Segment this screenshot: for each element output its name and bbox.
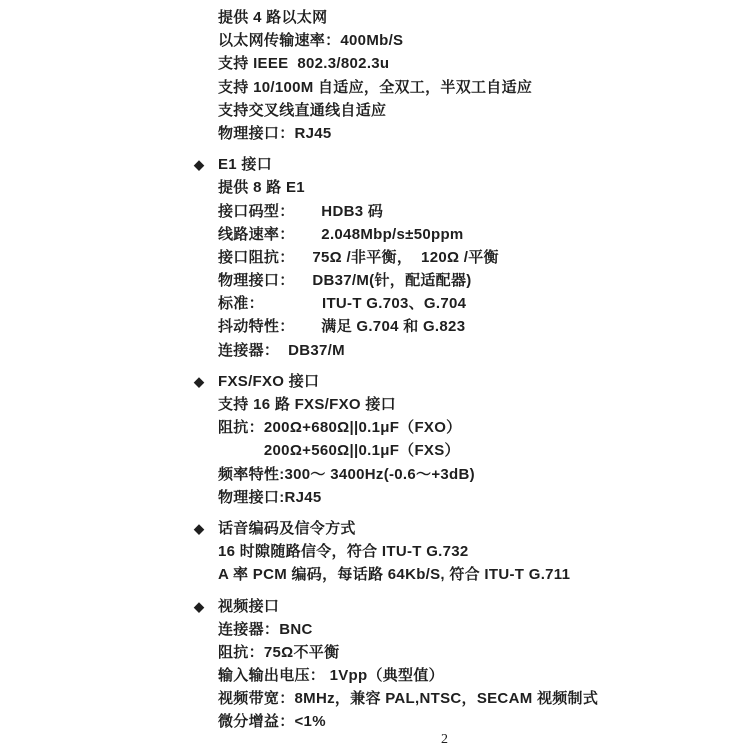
- spec-line: 支持 16 路 FXS/FXO 接口: [218, 393, 730, 416]
- document-page: 提供 4 路以太网以太网传输速率：400Mb/S支持 IEEE 802.3/80…: [0, 0, 750, 750]
- spec-line: 200Ω+560Ω||0.1μF（FXS）: [218, 439, 730, 462]
- section-heading-label: E1 接口: [218, 156, 272, 173]
- spec-line: 输入输出电压： 1Vpp（典型值）: [218, 664, 730, 687]
- diamond-bullet-icon: ◆: [194, 517, 218, 540]
- spec-line: 物理接口:RJ45: [218, 486, 730, 509]
- section-heading-label: 视频接口: [218, 598, 279, 615]
- section-heading: ◆话音编码及信令方式: [194, 517, 730, 540]
- diamond-bullet-icon: ◆: [194, 595, 218, 618]
- spec-line: 物理接口：RJ45: [218, 122, 730, 145]
- spec-line: 线路速率： 2.048Mbp/s±50ppm: [218, 223, 730, 246]
- spec-line: 阻抗：75Ω不平衡: [218, 641, 730, 664]
- spec-line: A 率 PCM 编码，每话路 64Kb/S, 符合 ITU-T G.711: [218, 563, 730, 586]
- spec-line: 视频带宽：8MHz，兼容 PAL,NTSC，SECAM 视频制式: [218, 687, 730, 710]
- spec-line: 支持 10/100M 自适应，全双工，半双工自适应: [218, 76, 730, 99]
- spec-line: 频率特性:300～ 3400Hz(-0.6～+3dB): [218, 463, 730, 486]
- spec-line: 接口码型： HDB3 码: [218, 200, 730, 223]
- spec-line: 提供 8 路 E1: [218, 176, 730, 199]
- page-number: 2: [441, 732, 448, 748]
- section-heading-label: 话音编码及信令方式: [218, 520, 356, 537]
- spec-line: 阻抗：200Ω+680Ω||0.1μF（FXO）: [218, 416, 730, 439]
- section-heading: ◆E1 接口: [194, 153, 730, 176]
- spec-line: 微分增益：<1%: [218, 710, 730, 733]
- section-heading-label: FXS/FXO 接口: [218, 373, 319, 390]
- section-heading: ◆视频接口: [194, 595, 730, 618]
- spec-line: 以太网传输速率：400Mb/S: [218, 29, 730, 52]
- diamond-bullet-icon: ◆: [194, 370, 218, 393]
- spec-line: 16 时隙随路信令，符合 ITU-T G.732: [218, 540, 730, 563]
- spec-line: 接口阻抗： 75Ω /非平衡， 120Ω /平衡: [218, 246, 730, 269]
- section-heading: ◆FXS/FXO 接口: [194, 370, 730, 393]
- spec-line: 抖动特性： 满足 G.704 和 G.823: [218, 315, 730, 338]
- spec-line: 支持交叉线直通线自适应: [218, 99, 730, 122]
- document-content: 提供 4 路以太网以太网传输速率：400Mb/S支持 IEEE 802.3/80…: [218, 6, 730, 734]
- diamond-bullet-icon: ◆: [194, 153, 218, 176]
- spec-line: 提供 4 路以太网: [218, 6, 730, 29]
- spec-line: 连接器： DB37/M: [218, 339, 730, 362]
- spec-line: 物理接口： DB37/M(针，配适配器): [218, 269, 730, 292]
- spec-line: 支持 IEEE 802.3/802.3u: [218, 52, 730, 75]
- spec-line: 标准： ITU-T G.703、G.704: [218, 292, 730, 315]
- spec-line: 连接器：BNC: [218, 618, 730, 641]
